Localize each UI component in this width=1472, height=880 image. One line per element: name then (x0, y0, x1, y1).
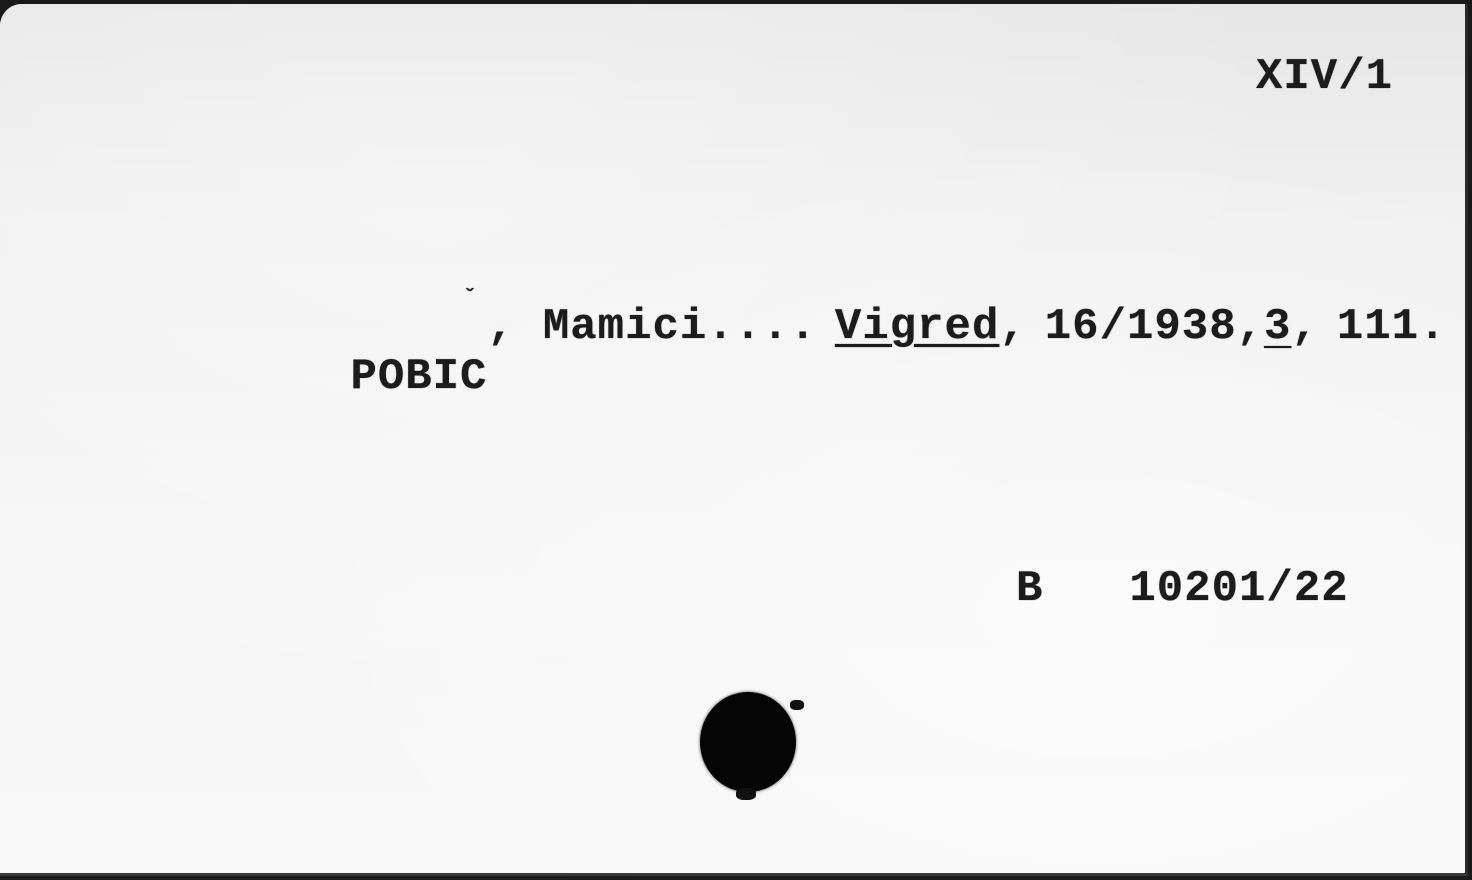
author-surname: POBIC ˇ (186, 302, 487, 502)
shelf-mark-prefix: B (1016, 564, 1043, 614)
shelf-mark-number: 10201/22 (1129, 564, 1348, 614)
bibliographic-entry: POBIC ˇ , Mamici.... Vigred , 16/1938, 3… (186, 302, 1446, 502)
publication-title: Vigred (835, 302, 999, 352)
publication-comma: , (999, 302, 1026, 352)
volume-year: 16/1938, (1045, 302, 1264, 352)
shelf-mark: B 10201/22 (1016, 564, 1349, 614)
diacritic-accent-mark: ˇ (463, 288, 477, 310)
punch-hole-icon (700, 692, 796, 792)
surname-comma: , (487, 302, 514, 352)
author-surname-text: POBIC (350, 352, 487, 402)
page-number: 111. (1337, 302, 1447, 352)
issue-number: 3 (1264, 302, 1291, 352)
author-given-name: Mamici.... (543, 302, 817, 352)
classification-code: XIV/1 (1256, 52, 1393, 102)
issue-comma: , (1291, 302, 1318, 352)
index-card: XIV/1 POBIC ˇ , Mamici.... Vigred , 16/1… (0, 4, 1468, 876)
